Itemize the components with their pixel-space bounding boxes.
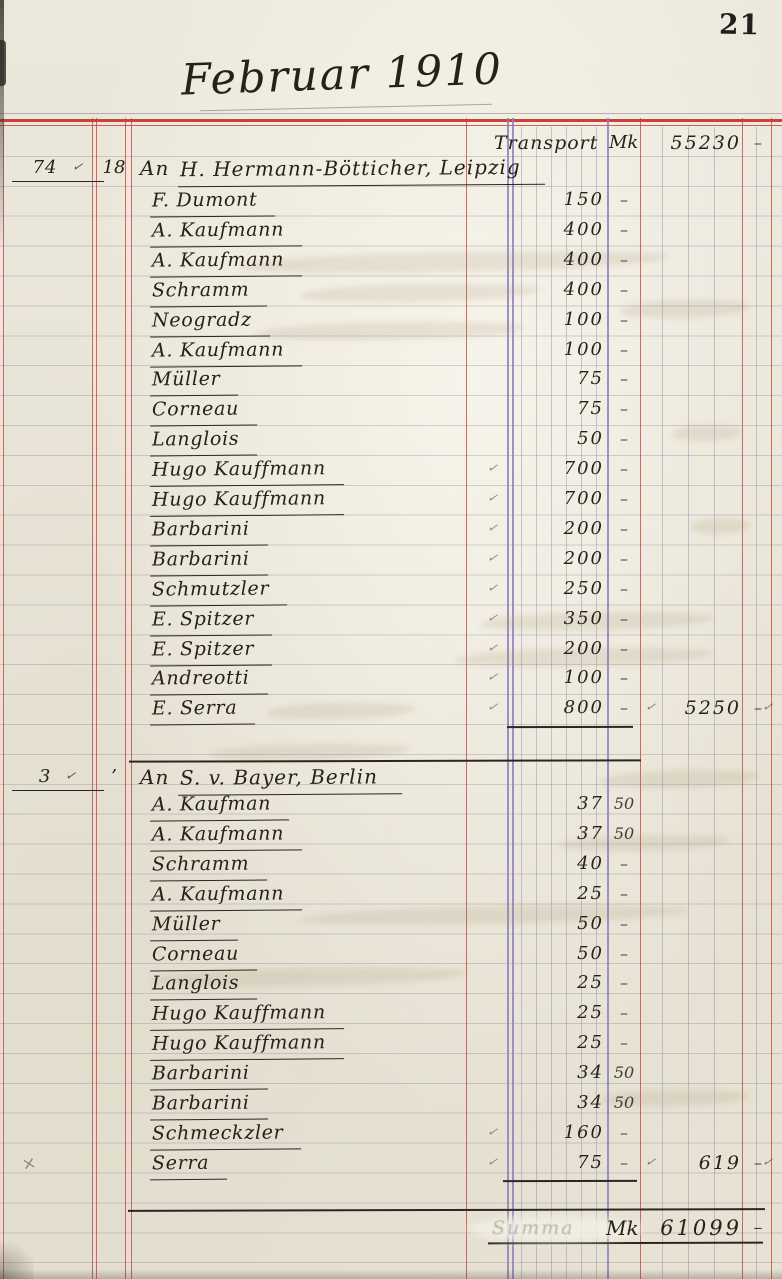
row-amount-pfennig: – — [609, 394, 639, 424]
red-double-rule-top — [0, 119, 782, 122]
entry-number-group: 74✓ — [12, 155, 104, 182]
row-name: A. Kaufmann — [150, 244, 302, 277]
ledger-row: Schramm40– — [0, 849, 782, 879]
entry-number-group: 3✓ — [12, 764, 104, 791]
row-name: Müller — [150, 908, 239, 941]
ledger-row: A. Kaufmann3750 — [0, 819, 782, 849]
row-name: Müller — [150, 364, 239, 397]
row-amount-pfennig: – — [609, 215, 639, 245]
entry-day: 18 — [98, 153, 130, 183]
row-amount-mark: 700 — [512, 484, 604, 514]
row-name: Barbarini — [150, 513, 268, 546]
ledger-row: A. Kaufmann400– — [0, 245, 782, 275]
row-amount-mark: 40 — [512, 849, 604, 879]
row-amount-mark: 200 — [512, 514, 604, 544]
page-title: Februar 1910 — [167, 44, 517, 106]
row-name: Andreotti — [150, 663, 268, 696]
ledger-row: Hugo Kauffmann25– — [0, 1028, 782, 1058]
row-name: Hugo Kauffmann — [150, 453, 344, 487]
row-amount-pfennig: 50 — [609, 789, 639, 819]
scan-edge-left — [0, 0, 4, 250]
ledger-row: ✓Hugo Kauffmann700– — [0, 484, 782, 514]
row-amount-mark: 75 — [512, 1148, 604, 1178]
page-number: 21 — [719, 8, 761, 42]
row-amount-pfennig: – — [609, 663, 639, 693]
row-amount-pfennig: – — [609, 1118, 639, 1148]
row-name: A. Kaufmann — [150, 878, 302, 911]
subtotal-amount: 5250 — [655, 693, 741, 723]
row-check-icon: ✓ — [485, 573, 500, 604]
row-amount-pfennig: – — [609, 998, 639, 1028]
row-name: Barbarini — [150, 1087, 268, 1120]
row-amount-pfennig: – — [609, 1148, 639, 1178]
row-name: A. Kaufmann — [150, 334, 302, 367]
row-amount-pfennig: – — [609, 514, 639, 544]
row-name: A. Kaufmann — [150, 818, 302, 851]
ledger-row: Corneau50– — [0, 939, 782, 969]
row-amount-pfennig: – — [609, 424, 639, 454]
row-amount-pfennig: – — [609, 849, 639, 879]
row-check-icon: ✓ — [485, 663, 500, 694]
scan-edge-mark — [0, 40, 6, 86]
summary-currency: Mk — [606, 1213, 639, 1243]
entry-day: ’ — [98, 762, 130, 792]
row-amount-pfennig: – — [609, 454, 639, 484]
row-check-icon: ✓ — [485, 513, 500, 544]
ledger-row: ✓Barbarini200– — [0, 514, 782, 544]
row-name: Serra — [150, 1147, 228, 1180]
row-amount-mark: 50 — [512, 939, 604, 969]
row-amount-pfennig: – — [609, 574, 639, 604]
row-amount-mark: 75 — [512, 394, 604, 424]
row-amount-mark: 200 — [512, 634, 604, 664]
row-amount-pfennig: – — [609, 879, 639, 909]
entry-heading-prefix: An — [140, 762, 169, 792]
row-check-icon: ✓ — [485, 1117, 500, 1148]
row-amount-pfennig: – — [609, 939, 639, 969]
row-amount-mark: 100 — [512, 305, 604, 335]
row-amount-pfennig: – — [609, 275, 639, 305]
row-amount-mark: 150 — [512, 185, 604, 215]
entry-number: 74 — [33, 155, 58, 181]
row-amount-mark: 34 — [512, 1058, 604, 1088]
row-amount-pfennig: – — [609, 604, 639, 634]
ink-sum-line — [503, 1180, 637, 1182]
row-amount-mark: 25 — [512, 968, 604, 998]
row-amount-mark: 400 — [512, 215, 604, 245]
ink-sum-line — [507, 726, 633, 728]
ledger-row: Müller75– — [0, 364, 782, 394]
row-name: E. Spitzer — [150, 633, 272, 666]
entry-number: 3 — [39, 764, 51, 790]
red-double-rule-bottom — [0, 125, 782, 127]
ledger-row: Neogradz100– — [0, 305, 782, 335]
row-name: E. Spitzer — [150, 603, 272, 636]
row-amount-mark: 400 — [512, 275, 604, 305]
row-name: Neogradz — [150, 304, 270, 337]
row-amount-pfennig: – — [609, 909, 639, 939]
title-flourish — [200, 104, 492, 112]
ledger-row: F. Dumont150– — [0, 185, 782, 215]
row-check-icon: ✓ — [485, 543, 500, 574]
row-amount-pfennig: – — [609, 634, 639, 664]
row-amount-pfennig: – — [609, 1028, 639, 1058]
scan-bottom-shadow — [0, 1269, 782, 1279]
row-amount-mark: 50 — [512, 424, 604, 454]
row-amount-mark: 700 — [512, 454, 604, 484]
row-amount-pfennig: – — [609, 968, 639, 998]
ledger-row: Barbarini3450 — [0, 1058, 782, 1088]
ledger-row: ✓Hugo Kauffmann700– — [0, 454, 782, 484]
entry-heading-prefix: An — [140, 153, 169, 183]
summary-label: Summa — [492, 1213, 575, 1243]
ledger-row: ✓E. Spitzer200– — [0, 634, 782, 664]
row-check-icon: ✓ — [485, 453, 500, 484]
row-amount-mark: 100 — [512, 663, 604, 693]
row-amount-pfennig: – — [609, 185, 639, 215]
entry-check-icon: ✓ — [64, 763, 79, 790]
row-name: Schramm — [150, 848, 268, 881]
row-amount-mark: 800 — [512, 693, 604, 723]
row-name: Schramm — [150, 274, 268, 307]
row-name: Hugo Kauffmann — [150, 483, 344, 517]
row-amount-pfennig: 50 — [609, 1088, 639, 1118]
ledger-row: Hugo Kauffmann25– — [0, 998, 782, 1028]
header-rule — [0, 113, 782, 114]
ledger-row: ✓Barbarini200– — [0, 544, 782, 574]
row-amount-mark: 75 — [512, 364, 604, 394]
row-amount-mark: 350 — [512, 604, 604, 634]
ledger-row: ✓Serra75–✓619–✓ — [0, 1148, 782, 1178]
row-amount-mark: 160 — [512, 1118, 604, 1148]
row-name: Corneau — [150, 938, 257, 971]
ledger-row: Corneau75– — [0, 394, 782, 424]
row-name: Langlois — [150, 424, 258, 457]
row-amount-mark: 25 — [512, 1028, 604, 1058]
ledger-row: ✓Andreotti100– — [0, 663, 782, 693]
row-check-icon: ✓ — [485, 633, 500, 664]
row-amount-mark: 34 — [512, 1088, 604, 1118]
ledger-row: A. Kaufmann100– — [0, 335, 782, 365]
ledger-row: ✓E. Serra800–✓5250–✓ — [0, 693, 782, 723]
row-name: F. Dumont — [150, 184, 276, 217]
ledger-row: A. Kaufmann25– — [0, 879, 782, 909]
row-amount-pfennig: – — [609, 364, 639, 394]
entry-account-name: H. Hermann-Bötticher, Leipzig — [178, 152, 545, 188]
row-check-icon: ✓ — [485, 1147, 500, 1178]
row-check-icon: ✓ — [485, 693, 500, 724]
row-check-icon: ✓ — [485, 603, 500, 634]
row-name: Schmutzler — [150, 573, 287, 606]
row-name: Schmeckzler — [150, 1117, 302, 1150]
row-amount-mark: 37 — [512, 819, 604, 849]
row-name: Hugo Kauffmann — [150, 1027, 344, 1061]
row-amount-pfennig: – — [609, 484, 639, 514]
row-amount-mark: 50 — [512, 909, 604, 939]
ledger-page: 21 Februar 1910 Transport Mk 55230 – 74✓… — [0, 0, 782, 1279]
row-check-icon: ✓ — [485, 483, 500, 514]
row-name: Corneau — [150, 394, 257, 427]
row-name: Barbarini — [150, 543, 268, 576]
row-amount-mark: 25 — [512, 998, 604, 1028]
entry-heading-row: 3✓’AnS. v. Bayer, Berlin — [0, 762, 782, 792]
entry-heading-row: 74✓18AnH. Hermann-Bötticher, Leipzig — [0, 153, 782, 183]
ledger-row: A. Kaufman3750 — [0, 789, 782, 819]
ledger-row: ✓E. Spitzer350– — [0, 604, 782, 634]
row-amount-pfennig: 50 — [609, 1058, 639, 1088]
ledger-row: Langlois50– — [0, 424, 782, 454]
row-name: E. Serra — [150, 693, 256, 726]
row-name: Hugo Kauffmann — [150, 997, 344, 1031]
ledger-row: ✓Schmutzler250– — [0, 574, 782, 604]
entry-check-icon: ✓ — [70, 154, 85, 181]
entry-heading: AnH. Hermann-Bötticher, Leipzig — [140, 153, 545, 186]
row-name: Barbarini — [150, 1058, 268, 1091]
row-amount-pfennig: – — [609, 693, 639, 723]
row-name: Langlois — [150, 968, 258, 1001]
ledger-row: A. Kaufmann400– — [0, 215, 782, 245]
row-amount-mark: 100 — [512, 335, 604, 365]
ledger-row: ✓Schmeckzler160– — [0, 1118, 782, 1148]
ledger-row: Schramm400– — [0, 275, 782, 305]
row-amount-mark: 250 — [512, 574, 604, 604]
row-amount-pfennig: 50 — [609, 819, 639, 849]
row-amount-pfennig: – — [609, 544, 639, 574]
row-amount-pfennig: – — [609, 335, 639, 365]
row-amount-mark: 37 — [512, 789, 604, 819]
summary-row: Summa Mk 61099 – — [0, 1213, 782, 1243]
row-name: A. Kaufman — [150, 788, 289, 821]
row-amount-mark: 200 — [512, 544, 604, 574]
ledger-row: Langlois25– — [0, 968, 782, 998]
row-amount-mark: 25 — [512, 879, 604, 909]
row-amount-pfennig: – — [609, 245, 639, 275]
summary-amount: 61099 — [652, 1213, 742, 1243]
row-amount-pfennig: – — [609, 305, 639, 335]
row-name: A. Kaufmann — [150, 214, 302, 247]
ledger-row: Barbarini3450 — [0, 1088, 782, 1118]
ledger-row: Müller50– — [0, 909, 782, 939]
subtotal-amount: 619 — [655, 1148, 741, 1178]
row-amount-mark: 400 — [512, 245, 604, 275]
summary-pfennig: – — [743, 1213, 773, 1243]
